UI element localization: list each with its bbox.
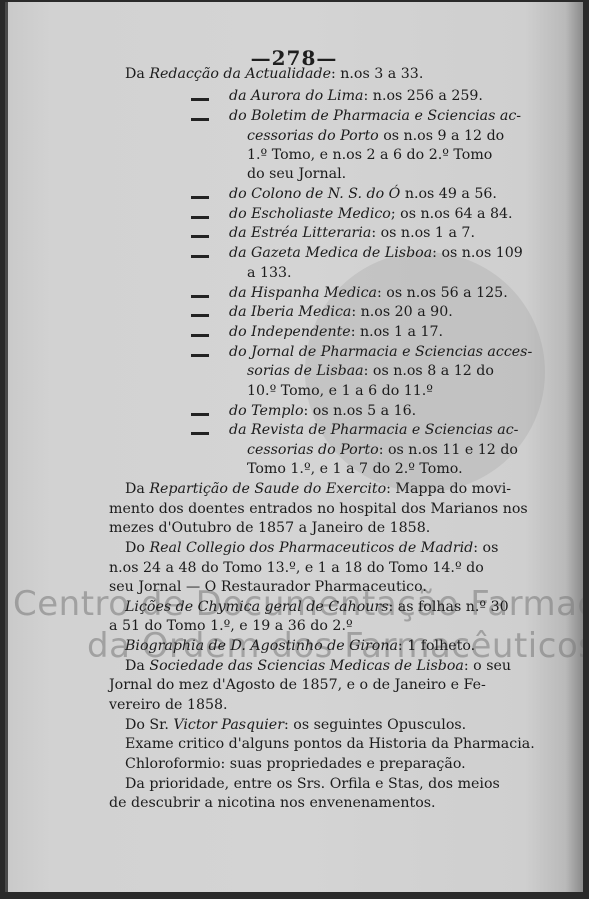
text-line: Do Sr. Victor Pasquier: os seguintes Opu… — [125, 716, 466, 734]
text-line: vereiro de 1858. — [109, 696, 228, 714]
text-line: Jornal do mez d'Agosto de 1857, e o de J… — [109, 676, 486, 694]
em-dash-marker — [191, 255, 209, 258]
em-dash-marker — [191, 334, 209, 337]
em-dash-marker — [191, 295, 209, 298]
em-dash-marker — [191, 354, 209, 357]
text-line: a 133. — [247, 264, 292, 282]
text-line: Lições de Chymica geral de Cahours: as f… — [125, 598, 509, 616]
scanned-page: —278— Centro de Documentação Farmacêutic… — [5, 2, 583, 892]
em-dash-marker — [191, 432, 209, 435]
text-line: 10.º Tomo, e 1 a 6 do 11.º — [247, 382, 433, 400]
text-line: da Estréa Litteraria: os n.os 1 a 7. — [229, 224, 475, 242]
text-line: da Hispanha Medica: os n.os 56 a 125. — [229, 284, 508, 302]
text-line: do Independente: n.os 1 a 17. — [229, 323, 443, 341]
em-dash-marker — [191, 235, 209, 238]
text-line: Biographia de D. Agostinho de Girona: 1 … — [125, 637, 475, 655]
em-dash-marker — [191, 314, 209, 317]
text-line: n.os 24 a 48 do Tomo 13.º, e 1 a 18 do T… — [109, 559, 484, 577]
em-dash-marker — [191, 216, 209, 219]
text-line: sorias de Lisbaa: os n.os 8 a 12 do — [247, 362, 494, 380]
text-line: Da Repartição de Saude do Exercito: Mapp… — [125, 480, 511, 498]
text-line: da Iberia Medica: n.os 20 a 90. — [229, 303, 453, 321]
text-line: Chloroformio: suas propriedades e prepar… — [125, 755, 466, 773]
em-dash-marker — [191, 196, 209, 199]
text-line: mento dos doentes entrados no hospital d… — [109, 500, 528, 518]
text-line: Tomo 1.º, e 1 a 7 do 2.º Tomo. — [247, 460, 463, 478]
text-line: Exame critico d'alguns pontos da Histori… — [125, 735, 535, 753]
text-line: Da Sociedade das Sciencias Medicas de Li… — [125, 657, 511, 675]
em-dash-marker — [191, 98, 209, 101]
text-line: cessorias do Porto: os n.os 11 e 12 do — [247, 441, 518, 459]
text-line: Da prioridade, entre os Srs. Orfila e St… — [125, 775, 500, 793]
em-dash-marker — [191, 413, 209, 416]
text-line: seu Jornal — O Restaurador Pharmaceutico… — [109, 578, 427, 596]
text-line: Da Redacção da Actualidade: n.os 3 a 33. — [125, 65, 423, 83]
text-line: do Escholiaste Medico; os n.os 64 a 84. — [229, 205, 513, 223]
text-line: do Boletim de Pharmacia e Sciencias ac- — [229, 107, 521, 125]
text-line: do Jornal de Pharmacia e Sciencias acces… — [229, 343, 532, 361]
text-line: da Aurora do Lima: n.os 256 a 259. — [229, 87, 483, 105]
em-dash-marker — [191, 118, 209, 121]
text-line: cessorias do Porto os n.os 9 a 12 do — [247, 127, 504, 145]
text-line: 1.º Tomo, e n.os 2 a 6 do 2.º Tomo — [247, 146, 492, 164]
text-line: da Revista de Pharmacia e Sciencias ac- — [229, 421, 518, 439]
text-line: da Gazeta Medica de Lisboa: os n.os 109 — [229, 244, 523, 262]
text-line: mezes d'Outubro de 1857 a Janeiro de 185… — [109, 519, 430, 537]
text-line: do Colono de N. S. do Ó n.os 49 a 56. — [229, 185, 497, 203]
text-line: do seu Jornal. — [247, 165, 346, 183]
text-line: Do Real Collegio dos Pharmaceuticos de M… — [125, 539, 498, 557]
text-line: do Templo: os n.os 5 a 16. — [229, 402, 416, 420]
text-line: de descubrir a nicotina nos envenenament… — [109, 794, 436, 812]
text-line: a 51 do Tomo 1.º, e 19 a 36 do 2.º — [109, 617, 353, 635]
